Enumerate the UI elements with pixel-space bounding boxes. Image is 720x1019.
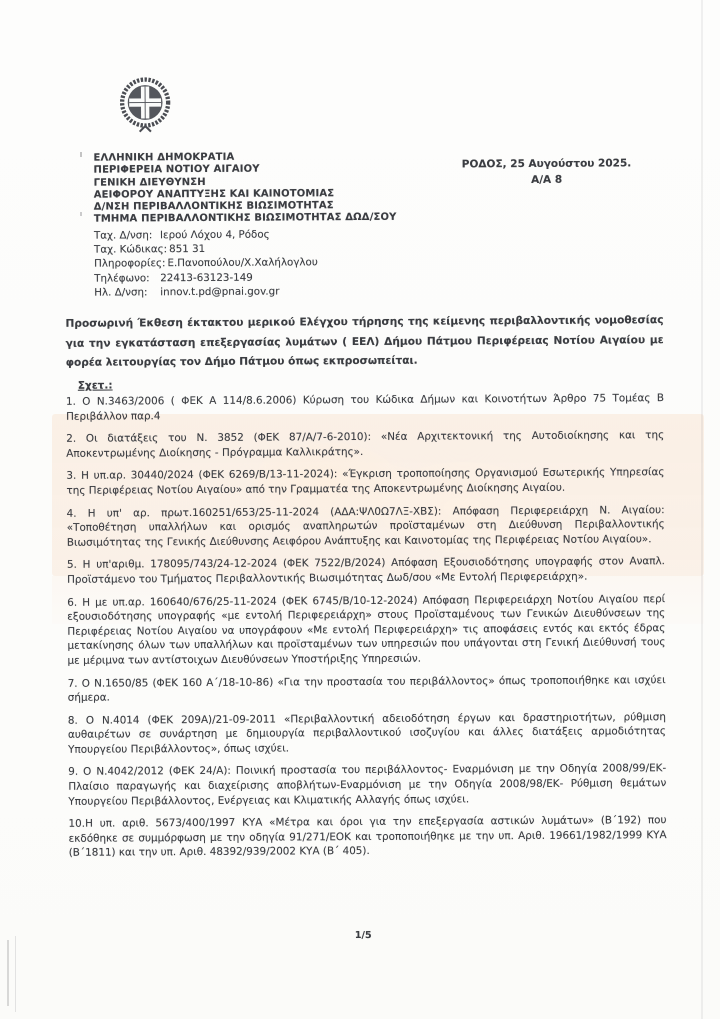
contact-email-value: innov.t.pd@pnai.gov.gr [158,285,279,298]
letterhead-line-department: ΤΜΗΜΑ ΠΕΡΙΒΑΛΛΟΝΤΙΚΗΣ ΒΙΩΣΙΜΟΤΗΤΑΣ ΔΩΔ/Σ… [94,212,444,226]
date-block: ΡΟΔΟΣ, 25 Αυγούστου 2025. Α/Α 8 [444,156,648,188]
page-number: 1/5 [3,928,720,943]
references-list: 1. Ο Ν.3463/2006 ( ΦΕΚ Α 114/8.6.2006) Κ… [66,391,667,869]
contact-value: 22413-63123-149 [158,271,253,284]
document-subject: Προσωρινή Έκθεση έκτακτου μερικού Ελέγχο… [65,311,663,373]
contact-label: Ταχ. Δ/νση: [94,228,158,243]
letterhead: ΕΛΛΗΝΙΚΗ ΔΗΜΟΚΡΑΤΙΑ ΠΕΡΙΦΕΡΕΙΑ ΝΟΤΙΟΥ ΑΙ… [93,150,443,226]
contact-value: Ε.Πανοπούλου/Χ.Χαλήλογλου [165,257,317,270]
reference-item: 9. Ο Ν.4042/2012 (ΦΕΚ 24/Α): Ποινική προ… [68,762,666,809]
document-content: ΕΛΛΗΝΙΚΗ ΔΗΜΟΚΡΑΤΙΑ ΠΕΡΙΦΕΡΕΙΑ ΝΟΤΙΟΥ ΑΙ… [0,0,720,1019]
reference-item: 4. Η υπ' αρ. πρωτ.160251/653/25-11-2024 … [67,503,665,550]
serial-number: Α/Α 8 [445,172,649,189]
reference-item: 10.Η υπ. αριθ. 5673/400/1997 ΚΥΑ «Μέτρα … [68,813,666,860]
reference-item: 2. Οι διατάξεις του Ν. 3852 (ΦΕΚ 87/Α/7-… [66,428,664,461]
contact-details: Ταχ. Δ/νση:Ιερού Λόχου 4, Ρόδος Ταχ. Κώδ… [94,227,434,300]
place-date-line: ΡΟΔΟΣ, 25 Αυγούστου 2025. [444,156,648,173]
reference-item: 8. Ο Ν.4014 (ΦΕΚ 209Α)/21-09-2011 «Περιβ… [68,710,666,757]
contact-label: Πληροφορίες: [94,257,165,272]
contact-label: Ηλ. Δ/νση: [94,285,158,300]
reference-item: 3. Η υπ.αρ. 30440/2024 (ΦΕΚ 6269/Β/13-11… [66,466,664,499]
contact-label: Τηλέφωνο: [94,271,158,286]
scanned-document-page: ΕΛΛΗΝΙΚΗ ΔΗΜΟΚΡΑΤΙΑ ΠΕΡΙΦΕΡΕΙΑ ΝΟΤΙΟΥ ΑΙ… [0,0,720,1019]
reference-item: 6. Η με υπ.αρ. 160640/676/25-11-2024 (ΦΕ… [67,592,665,669]
reference-item: 5. Η υπ'αριθμ. 178095/743/24-12-2024 (ΦΕ… [67,554,665,587]
contact-label: Ταχ. Κώδικας: [94,242,167,257]
contact-value: Ιερού Λόχου 4, Ρόδος [158,229,270,242]
greek-national-emblem-icon [110,75,186,137]
contact-row-email: Ηλ. Δ/νση:innov.t.pd@pnai.gov.gr [94,283,434,299]
contact-value: 851 31 [167,243,205,255]
reference-item: 1. Ο Ν.3463/2006 ( ΦΕΚ Α 114/8.6.2006) Κ… [66,391,664,424]
references-label: Σχετ.: [78,380,113,392]
reference-item: 7. Ο Ν.1650/85 (ΦΕΚ 160 Α΄/18-10-86) «Γι… [68,673,666,706]
